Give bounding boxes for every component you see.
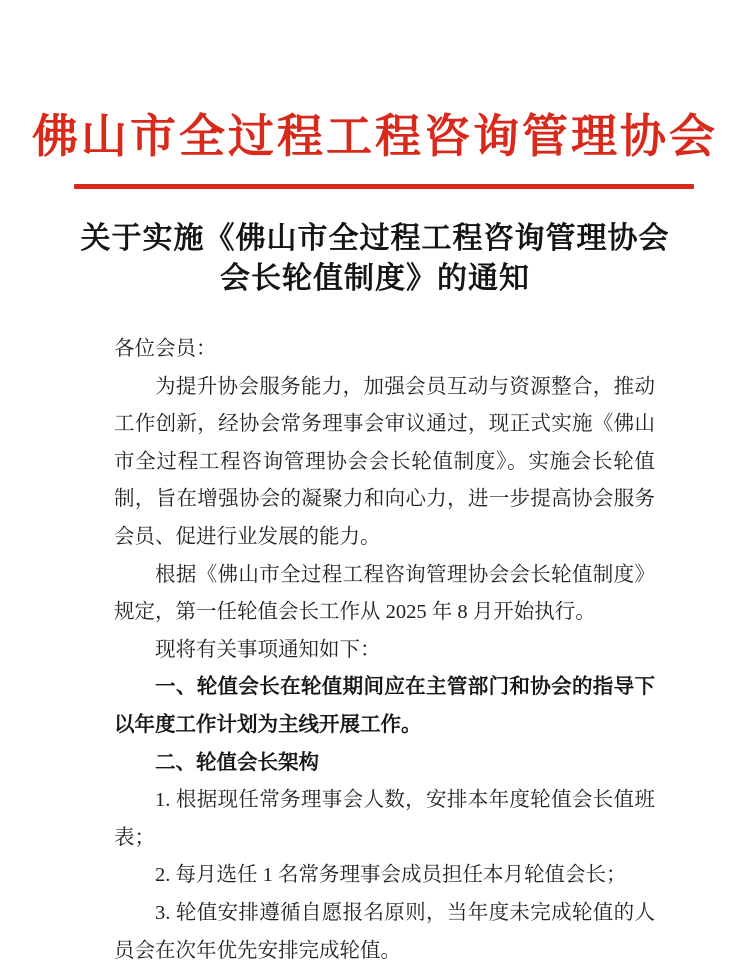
scanned-notice-page: 佛山市全过程工程咨询管理协会 关于实施《佛山市全过程工程咨询管理协会 会长轮值制… bbox=[0, 0, 750, 974]
paragraph-effective-date: 根据《佛山市全过程工程咨询管理协会会长轮值制度》规定，第一任轮值会长工作从 20… bbox=[114, 557, 655, 632]
salutation: 各位会员： bbox=[114, 331, 655, 369]
section-1-heading: 一、轮值会长在轮值期间应在主管部门和协会的指导下以年度工作计划为主线开展工作。 bbox=[114, 669, 655, 744]
document-body: 各位会员： 为提升协会服务能力，加强会员互动与资源整合，推动工作创新，经协会常务… bbox=[114, 331, 655, 970]
document-title-line2: 会长轮值制度》的通知 bbox=[0, 259, 750, 299]
document-title-line1: 关于实施《佛山市全过程工程咨询管理协会 bbox=[0, 219, 750, 259]
letterhead-org-name: 佛山市全过程工程咨询管理协会 bbox=[30, 104, 720, 170]
section-2-heading: 二、轮值会长架构 bbox=[114, 745, 655, 783]
list-item-3: 3. 轮值安排遵循自愿报名原则，当年度未完成轮值的人员会在次年优先安排完成轮值。 bbox=[114, 895, 655, 970]
document-title: 关于实施《佛山市全过程工程咨询管理协会 会长轮值制度》的通知 bbox=[0, 219, 750, 299]
list-item-1: 1. 根据现任常务理事会人数，安排本年度轮值会长值班表； bbox=[114, 782, 655, 857]
letterhead-divider-rule bbox=[74, 184, 694, 189]
paragraph-purpose: 为提升协会服务能力，加强会员互动与资源整合，推动工作创新，经协会常务理事会审议通… bbox=[114, 369, 655, 557]
paragraph-notice-intro: 现将有关事项通知如下： bbox=[114, 632, 655, 670]
list-item-2: 2. 每月选任 1 名常务理事会成员担任本月轮值会长； bbox=[114, 857, 655, 895]
